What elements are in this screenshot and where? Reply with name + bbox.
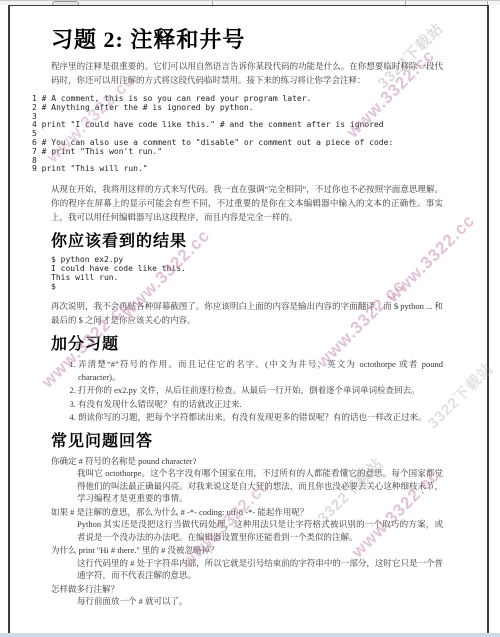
section-heading-results: 你应该看到的结果 <box>51 232 443 251</box>
faq-question: 怎样做多行注解？ <box>51 583 443 596</box>
faq-question: 你确定 # 符号的名称是 pound character? <box>51 455 443 468</box>
faq-answer: Python 其实还是没把这行当做代码处理，这种用法只是让字符格式被识别的一个取… <box>77 518 443 543</box>
extra-credit-list: 弄清楚“#”符号的作用。而且记住它的名字。(中文为井号，英文为 octothor… <box>51 358 443 424</box>
faq-list: 你确定 # 符号的名称是 pound character?我叫它 octotho… <box>51 455 443 608</box>
code-listing: 1 # A comment, this is so you can read y… <box>32 95 443 174</box>
faq-answer: 这行代码里的 # 处于字符串内部，所以它就是引号结束前的字符串中的一部分，这时它… <box>77 557 443 582</box>
faq-answer: 我叫它 octothorpe。这个名字没有哪个国家在用，不过所有的人都能看懂它的… <box>77 467 443 505</box>
document-page: 习题 2: 注释和井号 程序里的注释是很重要的。它们可以用自然语言告诉你某段代码… <box>8 5 489 637</box>
intro-paragraph: 程序里的注释是很重要的。它们可以用自然语言告诉你某段代码的功能是什么。在你想要临… <box>51 59 443 87</box>
note-paragraph: 再次说明，我不会再贴各种屏幕截图了。你应该明白上面的内容是输出内容的字面翻译，而… <box>51 299 443 327</box>
faq-question: 如果 # 是注解的意思，那么为什么 # -*- coding: utf-8 -*… <box>51 506 443 519</box>
page-content: 习题 2: 注释和井号 程序里的注释是很重要的。它们可以用自然语言告诉你某段代码… <box>10 6 487 608</box>
list-item: 朗读你写的习题，把每个字符都读出来。有没有发现更多的错误呢？有的话也一样改正过来… <box>78 411 443 424</box>
section-heading-extra-credit: 加分习题 <box>51 335 443 354</box>
list-item: 打开你的 ex2.py 文件，从后往前逐行检查。从最后一行开始，倒着逐个单词单词… <box>78 384 443 397</box>
list-item: 弄清楚“#”符号的作用。而且记住它的名字。(中文为井号，英文为 octothor… <box>78 358 443 383</box>
faq-question: 为什么 print "Hi # there." 里的 # 没被忽略掉？ <box>51 544 443 557</box>
page-title: 习题 2: 注释和井号 <box>51 27 443 53</box>
list-item: 有没有发现什么错误呢？有的话就改正过来. <box>78 398 443 411</box>
bottom-strip <box>0 633 500 637</box>
exactness-paragraph: 从现在开始，我将用这样的方式来写代码。我一直在强调“完全相同”，不过你也不必按照… <box>51 182 443 224</box>
faq-answer: 每行前面放一个 # 就可以了。 <box>77 595 443 608</box>
section-heading-faq: 常见问题回答 <box>51 432 443 451</box>
terminal-output: $ python ex2.py I could have code like t… <box>51 255 443 291</box>
